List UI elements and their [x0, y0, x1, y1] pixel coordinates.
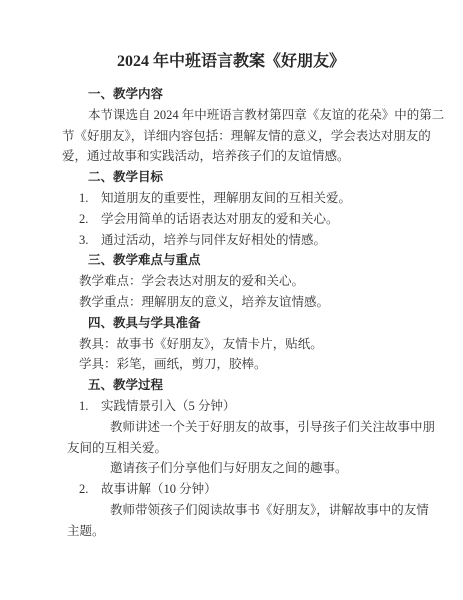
section-3-heading: 三、教学难点与重点: [62, 250, 400, 271]
document-title: 2024 年中班语言教案《好朋友》: [62, 50, 400, 74]
objective-number-2: 2.: [79, 209, 101, 230]
step-1-title: 实践情景引入（5 分钟）: [101, 399, 235, 413]
section-1-paragraph-line-1: 本节课选自 2024 年中班语言教材第四章《友谊的花朵》中的第二: [62, 105, 400, 126]
objective-text-3: 通过活动，培养与同伴友好相处的情感。: [101, 233, 326, 247]
step-2-detail-line-2: 主题。: [62, 521, 400, 542]
section-1-paragraph-line-2: 节《好朋友》，详细内容包括：理解友情的意义，学会表达对朋友的: [62, 126, 400, 147]
section-1-paragraph-line-3: 爱，通过故事和实践活动，培养孩子们的友谊情感。: [62, 146, 400, 167]
step-1-number: 1.: [79, 396, 101, 417]
objective-number-1: 1.: [79, 188, 101, 209]
step-2-number: 2.: [79, 479, 101, 500]
step-2-title: 故事讲解（10 分钟）: [101, 482, 217, 496]
teaching-tools-line: 教具：故事书《好朋友》，友情卡片，贴纸。: [62, 334, 400, 355]
section-2-heading: 二、教学目标: [62, 167, 400, 188]
section-1-heading: 一、教学内容: [62, 84, 400, 105]
step-1-detail-line-1: 教师讲述一个关于好朋友的故事，引导孩子们关注故事中朋: [62, 417, 400, 438]
objective-number-3: 3.: [79, 230, 101, 251]
section-4-heading: 四、教具与学具准备: [62, 313, 400, 334]
objective-text-2: 学会用简单的话语表达对朋友的爱和关心。: [101, 212, 339, 226]
objective-item-2: 2.学会用简单的话语表达对朋友的爱和关心。: [62, 209, 400, 230]
section-5-heading: 五、教学过程: [62, 375, 400, 396]
step-1-detail-line-2: 友间的互相关爱。: [62, 438, 400, 459]
focus-line: 教学重点：理解朋友的意义，培养友谊情感。: [62, 292, 400, 313]
process-step-1: 1.实践情景引入（5 分钟）: [62, 396, 400, 417]
process-step-2: 2.故事讲解（10 分钟）: [62, 479, 400, 500]
objective-text-1: 知道朋友的重要性，理解朋友间的互相关爱。: [101, 191, 351, 205]
document-page: 2024 年中班语言教案《好朋友》 一、教学内容 本节课选自 2024 年中班语…: [0, 0, 463, 600]
step-2-detail-line-1: 教师带领孩子们阅读故事书《好朋友》，讲解故事中的友情: [62, 500, 400, 521]
step-1-detail-line-3: 邀请孩子们分享他们与好朋友之间的趣事。: [62, 458, 400, 479]
objective-item-1: 1.知道朋友的重要性，理解朋友间的互相关爱。: [62, 188, 400, 209]
student-materials-line: 学具：彩笔，画纸，剪刀，胶棒。: [62, 354, 400, 375]
difficulty-line: 教学难点：学会表达对朋友的爱和关心。: [62, 271, 400, 292]
objective-item-3: 3.通过活动，培养与同伴友好相处的情感。: [62, 230, 400, 251]
